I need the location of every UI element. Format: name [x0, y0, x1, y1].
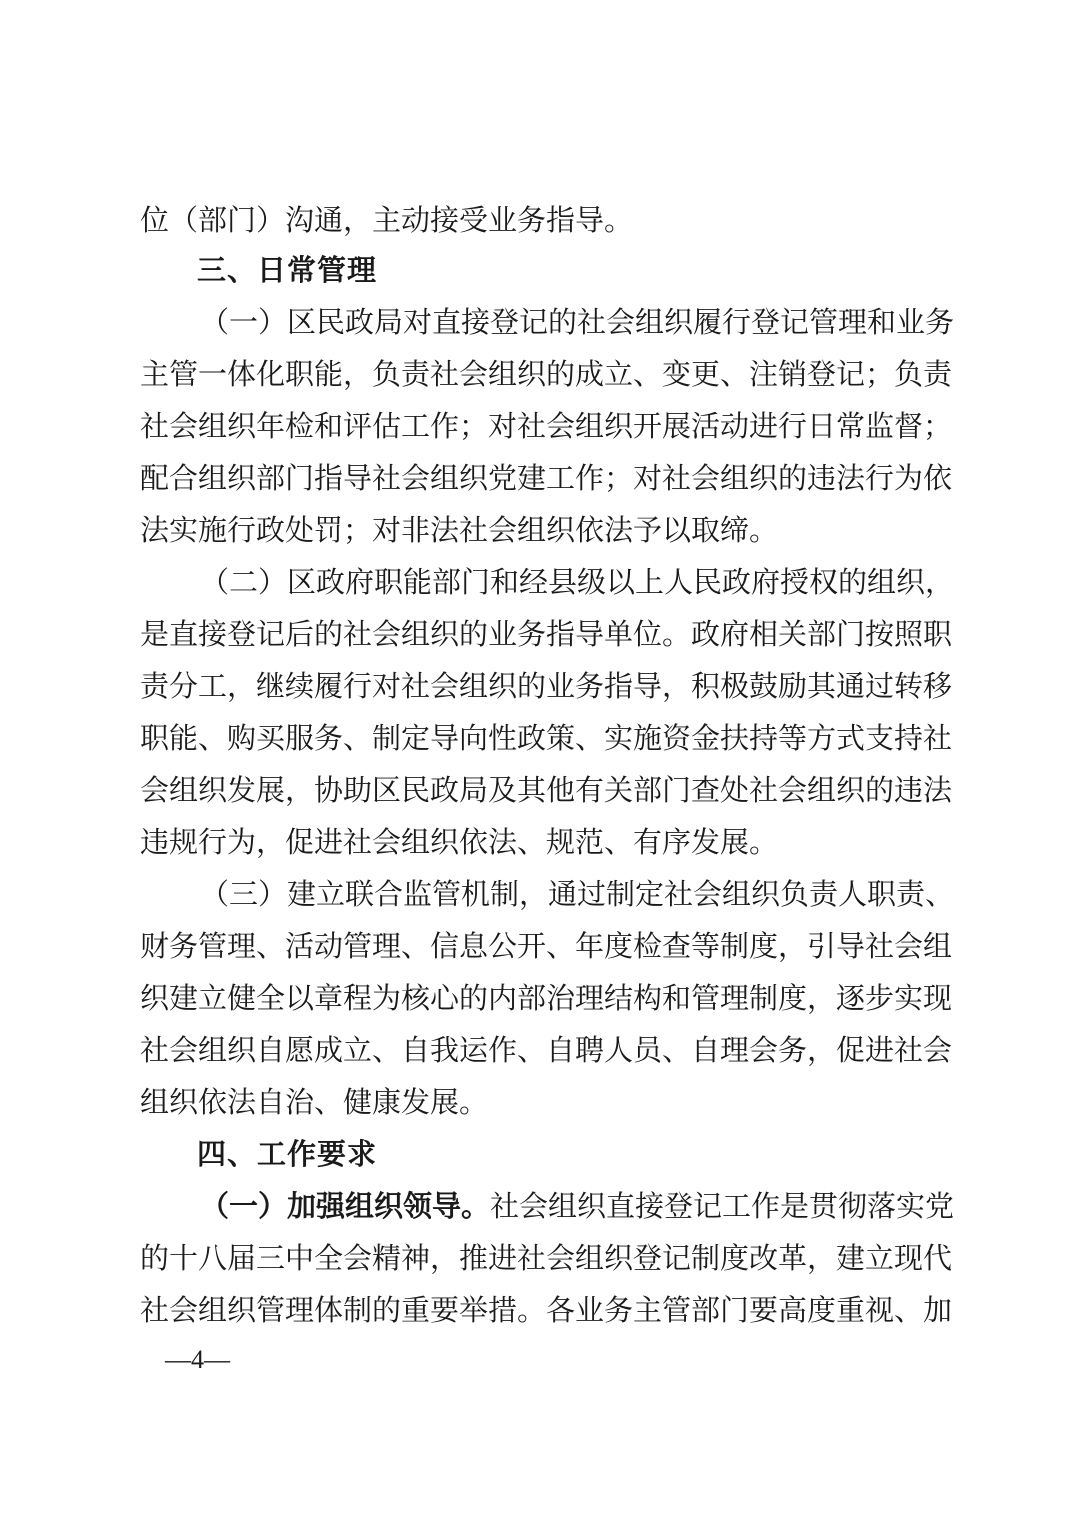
- paragraph-line: 违规行为，促进社会组织依法、规范、有序发展。: [140, 822, 940, 862]
- paragraph-line: 法实施行政处罚；对非法社会组织依法予以取缔。: [140, 510, 940, 550]
- paragraph-line: 会组织发展，协助区民政局及其他有关部门查处社会组织的违法: [140, 770, 940, 810]
- paragraph-line: 配合组织部门指导社会组织党建工作；对社会组织的违法行为依: [140, 458, 940, 498]
- paragraph-line: （三）建立联合监管机制，通过制定社会组织负责人职责、: [200, 874, 940, 914]
- section-heading-daily-management: 三、日常管理: [197, 250, 377, 290]
- paragraph-line: 财务管理、活动管理、信息公开、年度检查等制度，引导社会组: [140, 926, 940, 966]
- document-page: 位（部门）沟通，主动接受业务指导。 三、日常管理 （一）区民政局对直接登记的社会…: [0, 0, 1074, 1520]
- paragraph-line: 组织依法自治、健康发展。: [140, 1082, 940, 1122]
- section-heading-work-requirements: 四、工作要求: [197, 1134, 377, 1174]
- paragraph-line: （一）区民政局对直接登记的社会组织履行登记管理和业务: [200, 302, 940, 342]
- paragraph-first-line: （一）加强组织领导。社会组织直接登记工作是贯彻落实党: [200, 1186, 940, 1226]
- paragraph-line: 的十八届三中全会精神，推进社会组织登记制度改革，建立现代: [140, 1238, 940, 1278]
- paragraph-line: （二）区政府职能部门和经县级以上人民政府授权的组织，: [200, 562, 940, 602]
- paragraph-line: 责分工，继续履行对社会组织的业务指导，积极鼓励其通过转移: [140, 666, 940, 706]
- paragraph-line: 社会组织年检和评估工作；对社会组织开展活动进行日常监督；: [140, 406, 940, 446]
- paragraph-continuation-line: 位（部门）沟通，主动接受业务指导。: [140, 200, 940, 240]
- paragraph-line: 社会组织自愿成立、自我运作、自聘人员、自理会务，促进社会: [140, 1030, 940, 1070]
- paragraph-line: 织建立健全以章程为核心的内部治理结构和管理制度，逐步实现: [140, 978, 940, 1018]
- paragraph-line: 主管一体化职能，负责社会组织的成立、变更、注销登记；负责: [140, 354, 940, 394]
- paragraph-line: 职能、购买服务、制定导向性政策、实施资金扶持等方式支持社: [140, 718, 940, 758]
- paragraph-lead-title: （一）加强组织领导。: [200, 1189, 490, 1223]
- paragraph-first-line-text: 社会组织直接登记工作是贯彻落实党: [490, 1189, 954, 1223]
- paragraph-line: 是直接登记后的社会组织的业务指导单位。政府相关部门按照职: [140, 614, 940, 654]
- page-number: —4—: [165, 1343, 230, 1377]
- paragraph-line: 社会组织管理体制的重要举措。各业务主管部门要高度重视、加: [140, 1290, 940, 1330]
